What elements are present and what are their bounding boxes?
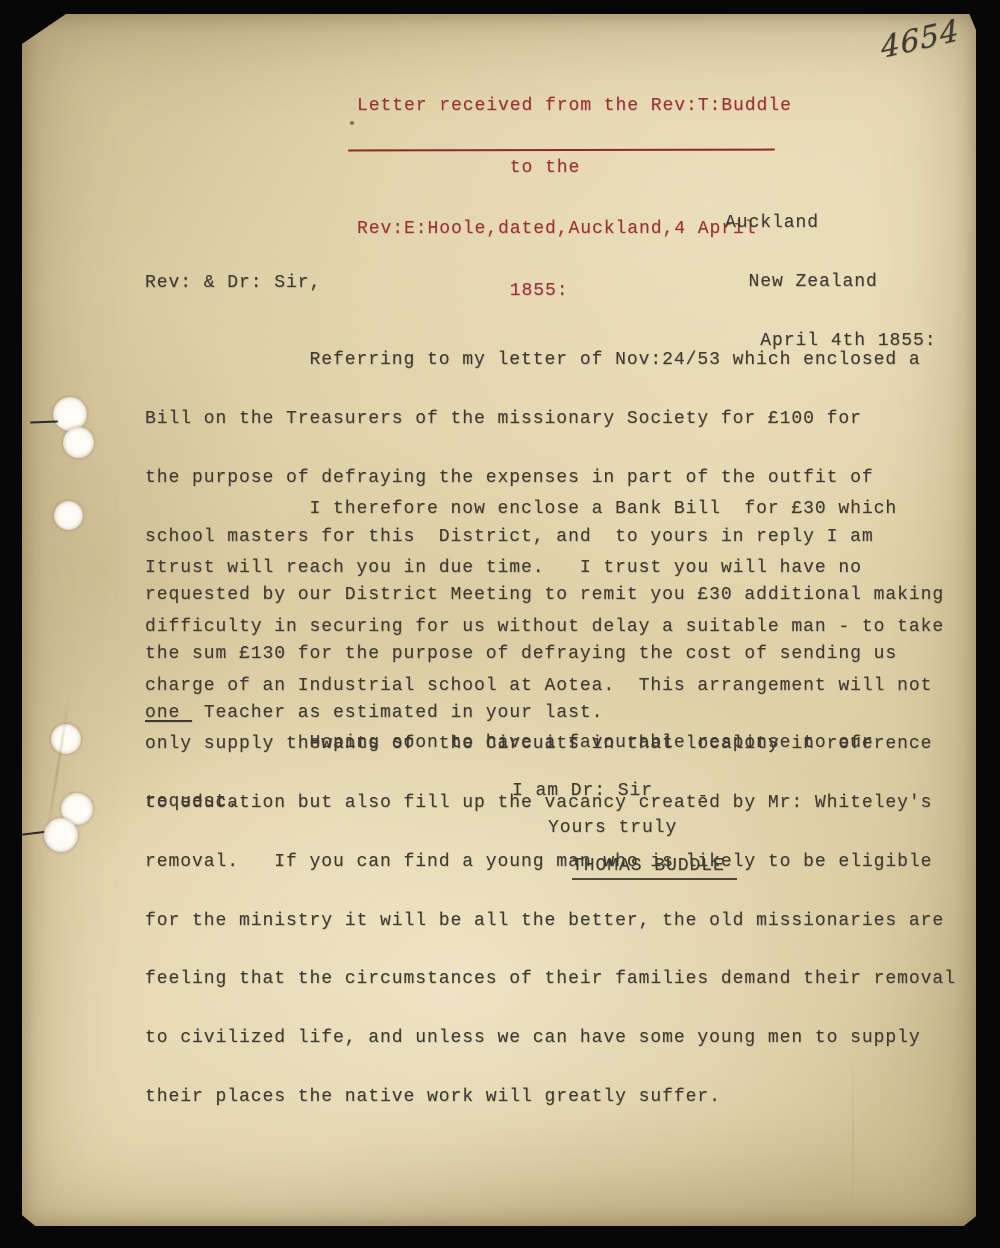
punch-hole	[53, 397, 87, 431]
signature: THOMAS BUDDLE	[572, 857, 737, 877]
paragraph-3: Hoping soon to have a favourable respons…	[145, 695, 874, 832]
heading-line: Letter received from the Rev:T:Buddle	[357, 96, 792, 117]
dateline-country: New Zealand	[725, 273, 937, 293]
letter-line: Referring to my letter of Nov:24/53 whic…	[145, 351, 944, 371]
letter-line: feeling that the circumstances of their …	[145, 970, 956, 990]
punch-hole	[63, 427, 94, 458]
dateline-city: Auckland	[725, 214, 937, 234]
letter-line: charge of an Industrial school at Aotea.…	[145, 677, 956, 697]
letter-line: Hoping soon to have a favourable respons…	[145, 734, 874, 754]
closing-line: I am Dr: Sir	[512, 782, 653, 802]
signature-name: THOMAS BUDDLE	[572, 856, 737, 880]
closing-line: Yours truly	[548, 819, 677, 839]
letter-line: removal. If you can find a young man who…	[145, 853, 956, 873]
punch-hole	[51, 724, 81, 754]
letter-line: difficulty in securing for us without de…	[145, 618, 956, 638]
letter-line: I therefore now enclose a Bank Bill for …	[145, 500, 956, 520]
ink-speck	[350, 121, 354, 125]
letter-line: for the ministry it will be all the bett…	[145, 912, 956, 932]
letter-line: Bill on the Treasurers of the missionary…	[145, 410, 944, 430]
salutation: Rev: & Dr: Sir,	[145, 274, 321, 294]
letter-line: request.	[145, 793, 874, 813]
letter-line: Itrust will reach you in due time. I tru…	[145, 559, 956, 579]
punch-hole	[54, 501, 83, 530]
letter-line: to civilized life, and unless we can hav…	[145, 1029, 956, 1049]
letter-line: their places the native work will greatl…	[145, 1088, 956, 1108]
